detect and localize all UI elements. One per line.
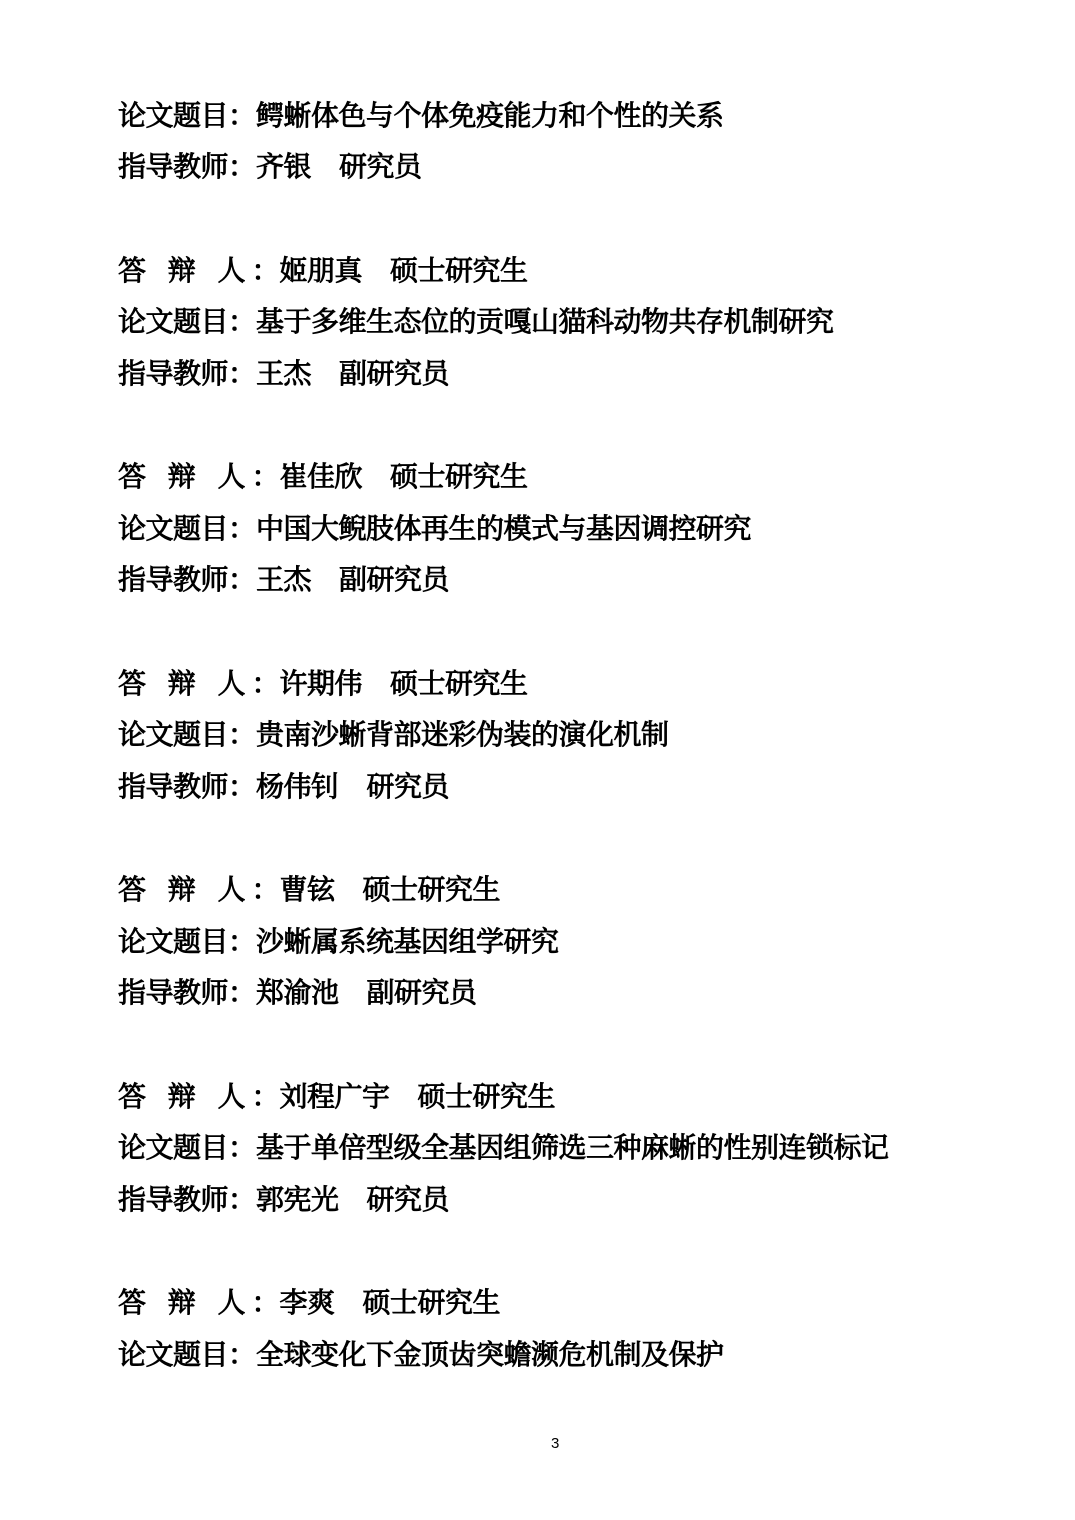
defender-degree: 硕士研究生 bbox=[363, 1286, 501, 1319]
thesis-title-label: 论文题目 bbox=[118, 302, 228, 342]
thesis-title: 全球变化下金顶齿突蟾濒危机制及保护 bbox=[256, 1338, 724, 1371]
defender-line: 答 辩 人：姬朋真硕士研究生 bbox=[118, 251, 528, 291]
advisor-line: 指导教师：杨伟钊研究员 bbox=[118, 767, 449, 807]
advisor-name: 郑渝池 bbox=[256, 976, 339, 1009]
advisor-name: 杨伟钊 bbox=[256, 770, 339, 803]
advisor-line: 指导教师：郭宪光研究员 bbox=[118, 1180, 449, 1220]
defender-name: 许期伟 bbox=[280, 667, 363, 700]
colon: ： bbox=[228, 96, 256, 136]
colon: ： bbox=[228, 147, 256, 187]
defender-line: 答 辩 人：曹铉硕士研究生 bbox=[118, 870, 500, 910]
colon: ： bbox=[252, 1077, 280, 1117]
advisor-label: 指导教师 bbox=[118, 147, 228, 187]
colon: ： bbox=[228, 1335, 256, 1375]
advisor-name: 王杰 bbox=[256, 357, 311, 390]
defender-name: 姬朋真 bbox=[280, 254, 363, 287]
defender-degree: 硕士研究生 bbox=[418, 1080, 556, 1113]
defender-label: 答 辩 人 bbox=[118, 457, 252, 497]
defender-line: 答 辩 人：崔佳欣硕士研究生 bbox=[118, 457, 528, 497]
advisor-label: 指导教师 bbox=[118, 973, 228, 1013]
defender-name: 刘程广宇 bbox=[280, 1080, 390, 1113]
thesis-title-label: 论文题目 bbox=[118, 96, 228, 136]
colon: ： bbox=[228, 922, 256, 962]
colon: ： bbox=[228, 715, 256, 755]
thesis-title: 沙蜥属系统基因组学研究 bbox=[256, 925, 559, 958]
advisor-label: 指导教师 bbox=[118, 767, 228, 807]
thesis-title-label: 论文题目 bbox=[118, 509, 228, 549]
defender-degree: 硕士研究生 bbox=[390, 460, 528, 493]
defender-line: 答 辩 人：刘程广宇硕士研究生 bbox=[118, 1077, 555, 1117]
defender-label: 答 辩 人 bbox=[118, 1077, 252, 1117]
thesis-title: 中国大鲵肢体再生的模式与基因调控研究 bbox=[256, 512, 751, 545]
defender-label: 答 辩 人 bbox=[118, 1283, 252, 1323]
defender-degree: 硕士研究生 bbox=[363, 873, 501, 906]
thesis-title: 基于多维生态位的贡嘎山猫科动物共存机制研究 bbox=[256, 305, 834, 338]
advisor-rank: 研究员 bbox=[367, 1183, 450, 1216]
advisor-label: 指导教师 bbox=[118, 354, 228, 394]
thesis-title-label: 论文题目 bbox=[118, 715, 228, 755]
colon: ： bbox=[228, 560, 256, 600]
defender-label: 答 辩 人 bbox=[118, 664, 252, 704]
thesis-title-label: 论文题目 bbox=[118, 922, 228, 962]
advisor-line: 指导教师：齐银研究员 bbox=[118, 147, 422, 187]
defender-name: 曹铉 bbox=[280, 873, 335, 906]
advisor-rank: 研究员 bbox=[339, 150, 422, 183]
thesis-title-line: 论文题目：沙蜥属系统基因组学研究 bbox=[118, 922, 559, 962]
defender-name: 李爽 bbox=[280, 1286, 335, 1319]
colon: ： bbox=[252, 457, 280, 497]
advisor-label: 指导教师 bbox=[118, 560, 228, 600]
advisor-rank: 副研究员 bbox=[339, 563, 449, 596]
advisor-rank: 副研究员 bbox=[367, 976, 477, 1009]
thesis-title-line: 论文题目：基于多维生态位的贡嘎山猫科动物共存机制研究 bbox=[118, 302, 834, 342]
defender-name: 崔佳欣 bbox=[280, 460, 363, 493]
advisor-name: 齐银 bbox=[256, 150, 311, 183]
document-page: 论文题目：鳄蜥体色与个体免疫能力和个性的关系 指导教师：齐银研究员 答 辩 人：… bbox=[0, 0, 1075, 1520]
defender-degree: 硕士研究生 bbox=[390, 667, 528, 700]
defender-line: 答 辩 人：李爽硕士研究生 bbox=[118, 1283, 500, 1323]
thesis-title-line: 论文题目：全球变化下金顶齿突蟾濒危机制及保护 bbox=[118, 1335, 724, 1375]
colon: ： bbox=[252, 1283, 280, 1323]
colon: ： bbox=[252, 251, 280, 291]
thesis-title: 基于单倍型级全基因组筛选三种麻蜥的性别连锁标记 bbox=[256, 1131, 889, 1164]
advisor-line: 指导教师：王杰副研究员 bbox=[118, 354, 449, 394]
colon: ： bbox=[228, 1180, 256, 1220]
thesis-title-line: 论文题目：贵南沙蜥背部迷彩伪装的演化机制 bbox=[118, 715, 669, 755]
colon: ： bbox=[252, 664, 280, 704]
advisor-name: 王杰 bbox=[256, 563, 311, 596]
thesis-title-line: 论文题目：鳄蜥体色与个体免疫能力和个性的关系 bbox=[118, 96, 724, 136]
defender-label: 答 辩 人 bbox=[118, 251, 252, 291]
advisor-label: 指导教师 bbox=[118, 1180, 228, 1220]
colon: ： bbox=[228, 302, 256, 342]
colon: ： bbox=[228, 1128, 256, 1168]
defender-label: 答 辩 人 bbox=[118, 870, 252, 910]
thesis-title: 贵南沙蜥背部迷彩伪装的演化机制 bbox=[256, 718, 669, 751]
page-number: 3 bbox=[551, 1435, 559, 1452]
advisor-name: 郭宪光 bbox=[256, 1183, 339, 1216]
advisor-rank: 副研究员 bbox=[339, 357, 449, 390]
thesis-title-label: 论文题目 bbox=[118, 1128, 228, 1168]
colon: ： bbox=[228, 354, 256, 394]
colon: ： bbox=[228, 767, 256, 807]
defender-line: 答 辩 人：许期伟硕士研究生 bbox=[118, 664, 528, 704]
thesis-title: 鳄蜥体色与个体免疫能力和个性的关系 bbox=[256, 99, 724, 132]
colon: ： bbox=[228, 973, 256, 1013]
thesis-title-label: 论文题目 bbox=[118, 1335, 228, 1375]
advisor-rank: 研究员 bbox=[367, 770, 450, 803]
colon: ： bbox=[228, 509, 256, 549]
colon: ： bbox=[252, 870, 280, 910]
thesis-title-line: 论文题目：基于单倍型级全基因组筛选三种麻蜥的性别连锁标记 bbox=[118, 1128, 889, 1168]
advisor-line: 指导教师：郑渝池副研究员 bbox=[118, 973, 477, 1013]
advisor-line: 指导教师：王杰副研究员 bbox=[118, 560, 449, 600]
thesis-title-line: 论文题目：中国大鲵肢体再生的模式与基因调控研究 bbox=[118, 509, 751, 549]
defender-degree: 硕士研究生 bbox=[390, 254, 528, 287]
